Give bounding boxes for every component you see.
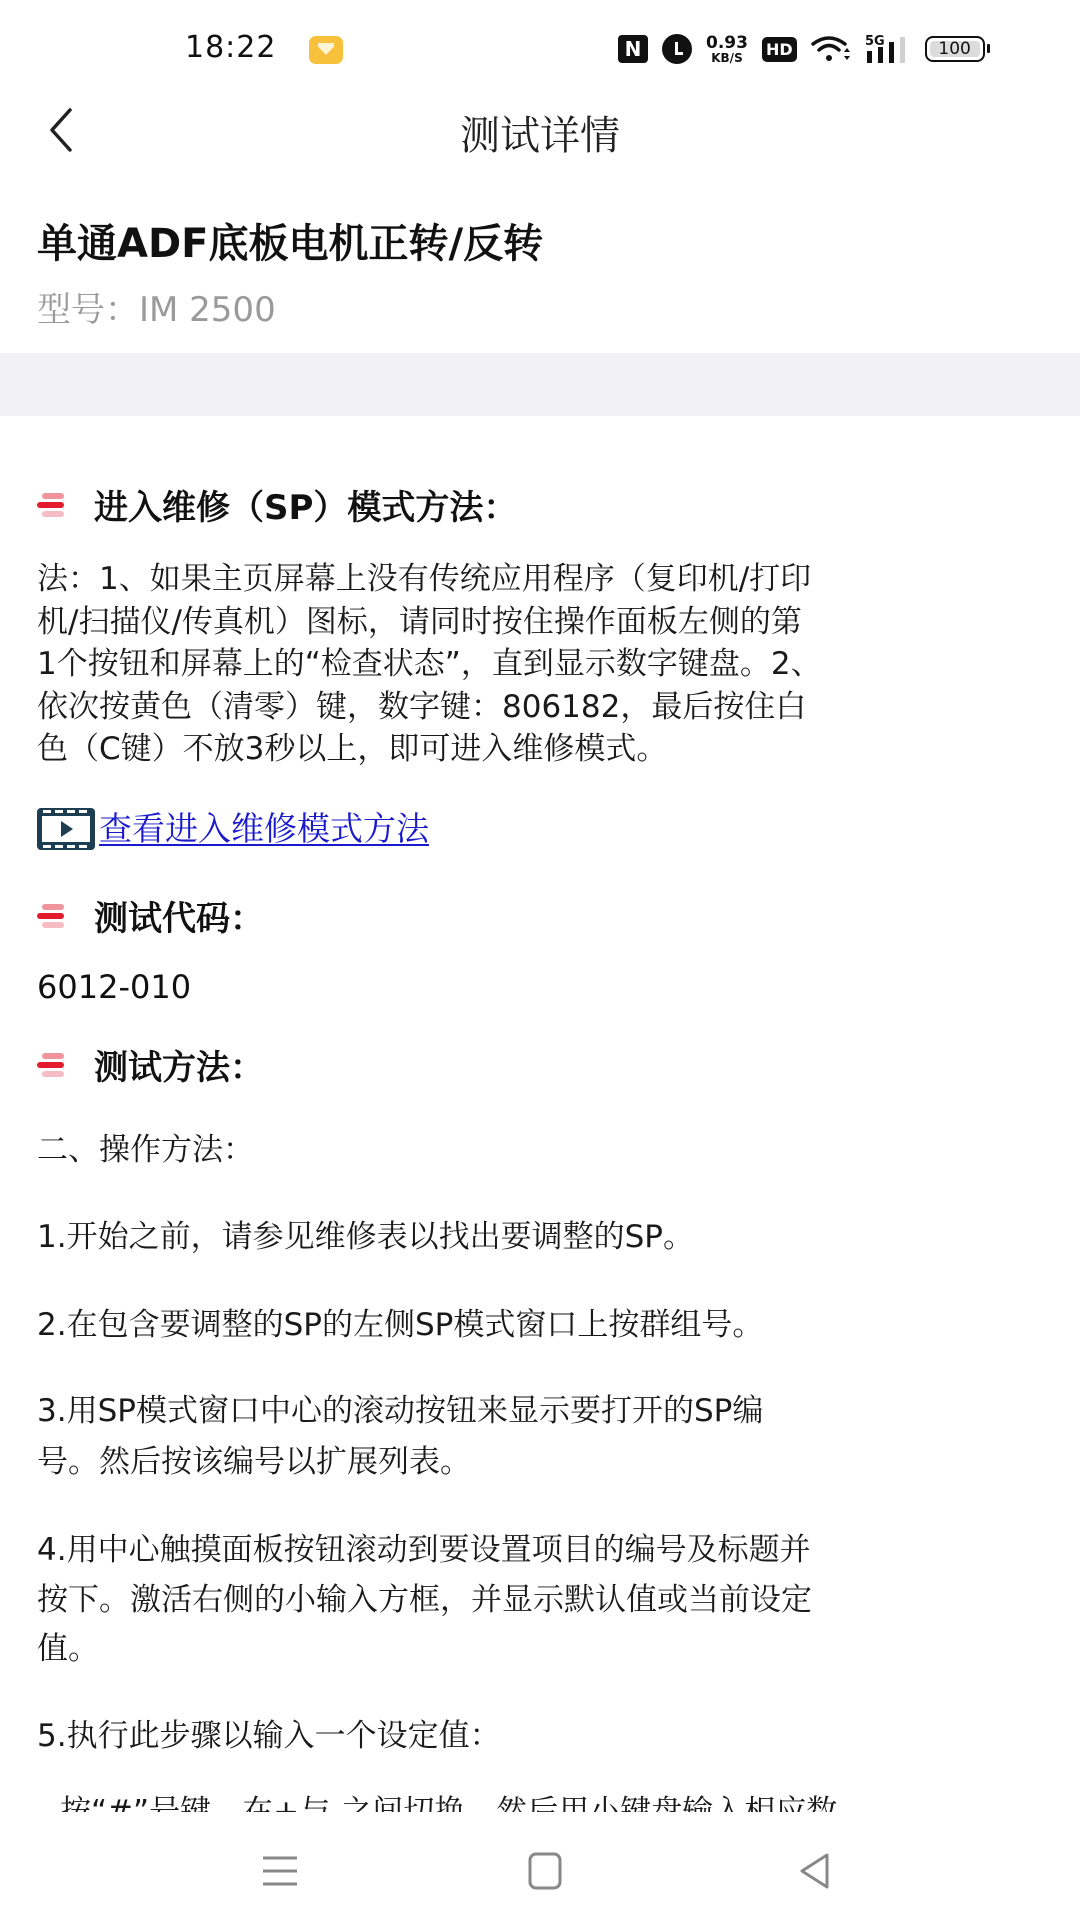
section-marker-icon [37, 1050, 67, 1080]
page-title: 测试详情 [0, 104, 1080, 161]
nfc-icon: N [618, 35, 648, 63]
app-header: 测试详情 [0, 96, 1080, 160]
method-step: 1.开始之前，请参见维修表以找出要调整的SP。 [37, 1211, 694, 1256]
net-speed-unit: KB/S [711, 52, 742, 64]
section-marker-icon [37, 490, 67, 520]
home-icon [515, 1846, 575, 1896]
net-speed: 0.93 KB/S [706, 35, 748, 64]
video-link-text[interactable]: 查看进入维修模式方法 [95, 808, 429, 850]
section-heading-label: 进入维修（SP）模式方法： [94, 480, 517, 529]
paragraph-line: 1个按钮和屏幕上的“检查状态”，直到显示数字键盘。2、 [37, 643, 1047, 686]
method-substep: 按“#”号键，在+与-之间切换，然后用小键盘输入相应数 [60, 1786, 837, 1812]
method-subheading: 二、操作方法： [37, 1124, 254, 1169]
paragraph-line: 机/扫描仪/传真机）图标，请同时按住操作面板左侧的第 [37, 601, 1047, 644]
section-heading-test-code: 测试代码： [37, 891, 264, 940]
method-step: 4.用中心触摸面板按钮滚动到要设置项目的编号及标题并 [37, 1524, 811, 1569]
status-icons: N 0.93 KB/S HD 5G 100 [618, 32, 985, 66]
system-back-button[interactable] [785, 1846, 845, 1896]
video-icon [37, 808, 95, 850]
home-button[interactable] [515, 1846, 575, 1896]
method-step: 3.用SP模式窗口中心的滚动按钮来显示要打开的SP编 [37, 1385, 763, 1430]
section-heading-label: 测试方法： [94, 1040, 264, 1089]
test-title: 单通ADF底板电机正转/反转 [37, 212, 543, 269]
menu-icon [250, 1846, 310, 1896]
enter-sp-instructions: 法：1、如果主页屏幕上没有传统应用程序（复印机/打印 机/扫描仪/传真机）图标，… [37, 558, 1047, 771]
system-nav-bar [0, 1820, 1080, 1920]
svg-text:5G: 5G [865, 34, 885, 49]
net-speed-value: 0.93 [706, 35, 748, 52]
status-bar: 18:22 N 0.93 KB/S HD 5G [0, 0, 1080, 96]
method-step-continued: 按下。激活右侧的小输入方框，并显示默认值或当前设定 [37, 1574, 812, 1619]
hd-icon: HD [762, 37, 797, 62]
method-step-continued: 号。然后按该编号以扩展列表。 [37, 1436, 471, 1481]
section-marker-icon [37, 901, 67, 931]
method-step: 2.在包含要调整的SP的左侧SP模式窗口上按群组号。 [37, 1299, 763, 1344]
section-heading-label: 测试代码： [94, 891, 264, 940]
method-step-continued: 值。 [37, 1623, 99, 1668]
battery-level: 100 [938, 39, 970, 59]
model-label: 型号：IM 2500 [37, 282, 276, 331]
cellular-signal-icon: 5G [865, 33, 911, 65]
clipped-content: 按“#”号键，在+与-之间切换，然后用小键盘输入相应数 [0, 1782, 1080, 1812]
video-link[interactable]: 查看进入维修模式方法 [37, 808, 429, 850]
paragraph-line: 法：1、如果主页屏幕上没有传统应用程序（复印机/打印 [37, 558, 1047, 601]
battery-icon: 100 [925, 36, 985, 62]
paragraph-line: 依次按黄色（清零）键，数字键：806182，最后按住白 [37, 686, 1047, 729]
alarm-icon [662, 34, 692, 64]
back-triangle-icon [785, 1846, 845, 1896]
wifi-icon [811, 34, 851, 64]
section-heading-enter-sp: 进入维修（SP）模式方法： [37, 480, 517, 529]
section-divider [0, 353, 1080, 416]
test-code-value: 6012-010 [37, 968, 191, 1006]
paragraph-line: 色（C键）不放3秒以上，即可进入维修模式。 [37, 728, 1047, 771]
app-notification-icon [309, 36, 343, 64]
status-time: 18:22 [185, 30, 276, 65]
section-heading-test-method: 测试方法： [37, 1040, 264, 1089]
method-step: 5.执行此步骤以输入一个设定值： [37, 1710, 501, 1755]
recent-apps-button[interactable] [250, 1846, 310, 1896]
